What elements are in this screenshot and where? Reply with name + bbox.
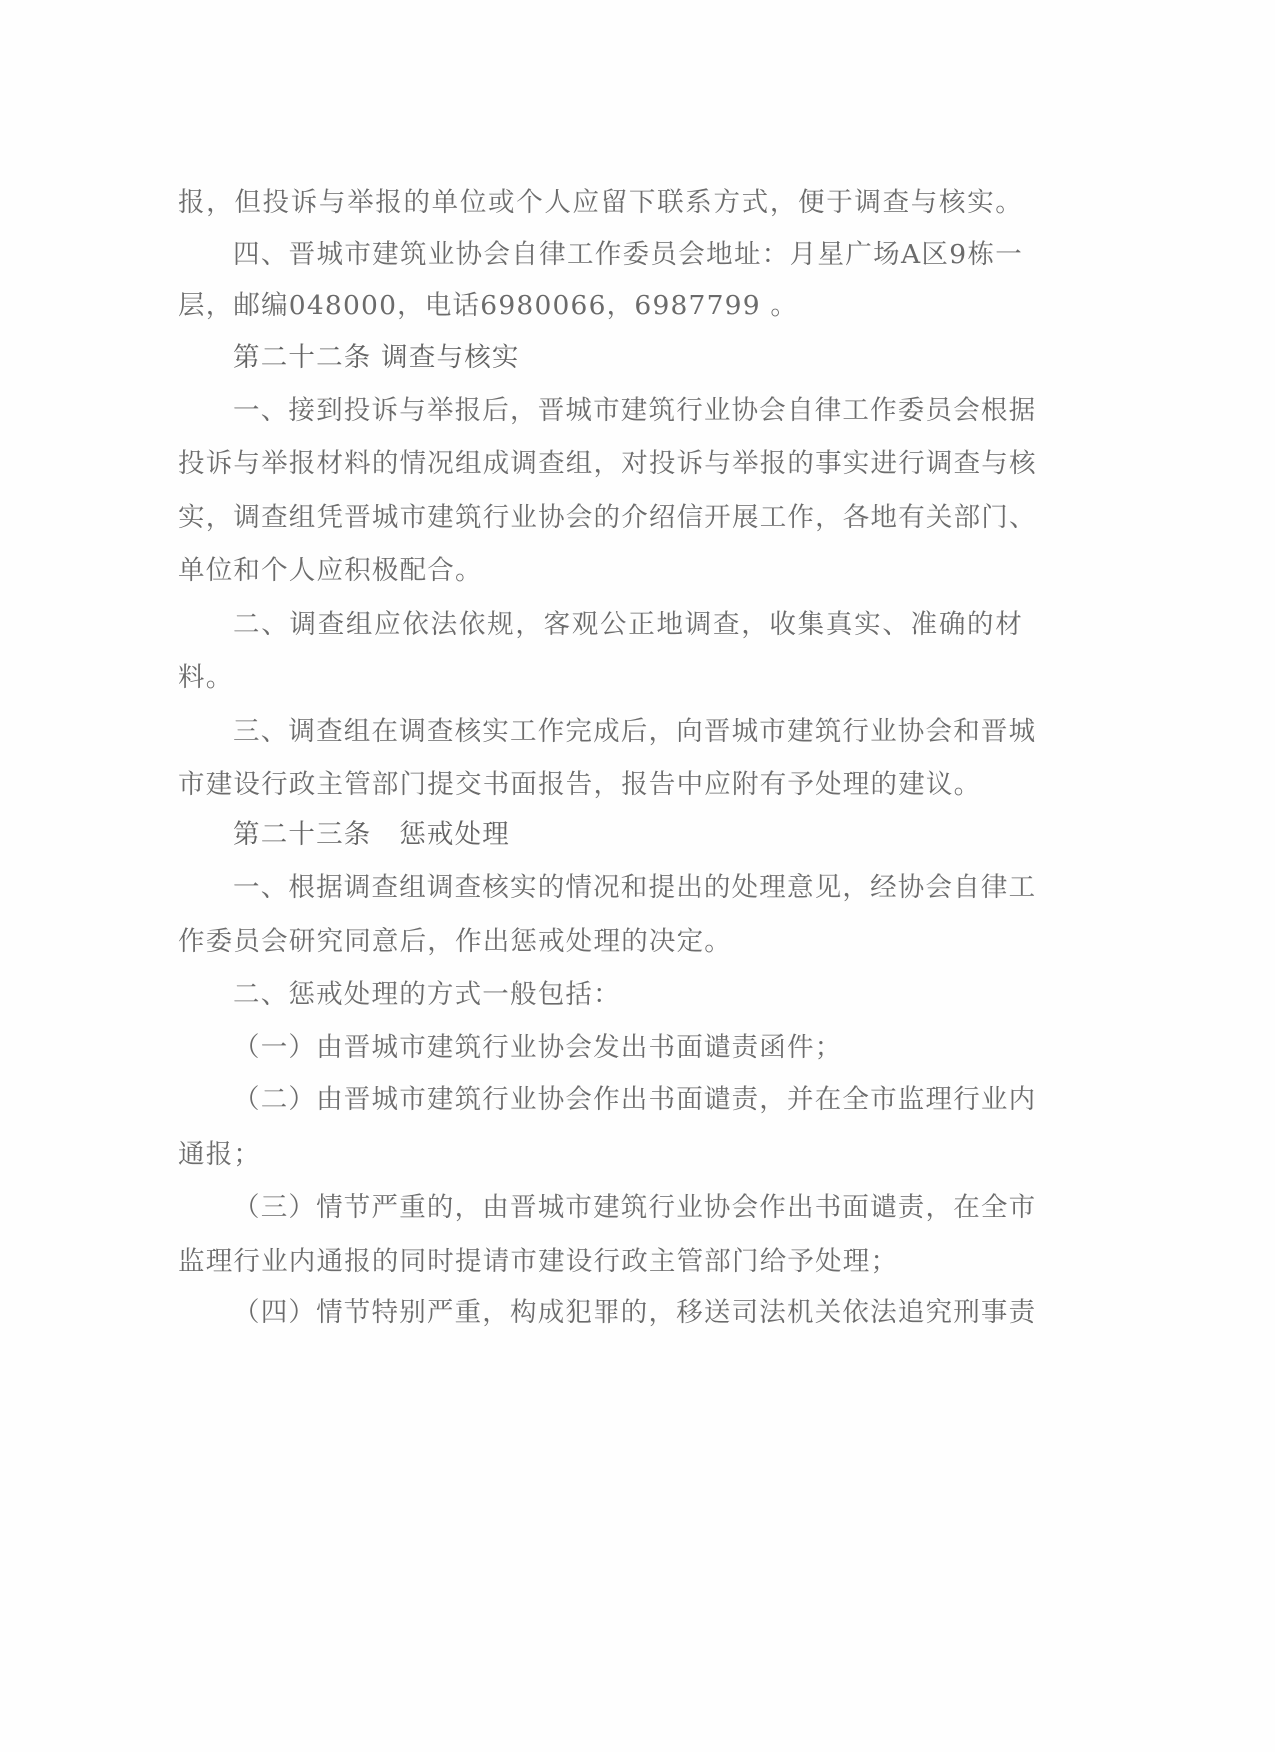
paragraph-line-continuation-report: 报，但投诉与举报的单位或个人应留下联系方式，便于调查与核实。 <box>178 183 1023 223</box>
paragraph-line-22-3-a: 三、调查组在调查核实工作完成后，向晋城市建筑行业协会和晋城 <box>233 712 1023 752</box>
paragraph-line-23-2: 二、惩戒处理的方式一般包括： <box>233 975 621 1015</box>
paragraph-line-22-3-b: 市建设行政主管部门提交书面报告，报告中应附有予处理的建议。 <box>178 765 981 805</box>
paragraph-line-22-1-b: 投诉与举报材料的情况组成调查组，对投诉与举报的事实进行调查与核 <box>178 444 1023 484</box>
list-item-penalty-1: （一）由晋城市建筑行业协会发出书面谴责函件； <box>233 1028 842 1068</box>
paragraph-line-address-intro: 四、晋城市建筑业协会自律工作委员会地址：月星广场A区9栋一 <box>233 235 1023 275</box>
paragraph-line-22-2-b: 料。 <box>178 658 233 698</box>
list-item-penalty-4-a: （四）情节特别严重，构成犯罪的，移送司法机关依法追究刑事责 <box>233 1293 1023 1333</box>
list-item-penalty-2-a: （二）由晋城市建筑行业协会作出书面谴责，并在全市监理行业内 <box>233 1080 1023 1120</box>
paragraph-line-22-1-c: 实，调查组凭晋城市建筑行业协会的介绍信开展工作，各地有关部门、 <box>178 498 1023 538</box>
list-item-penalty-3-a: （三）情节严重的，由晋城市建筑行业协会作出书面谴责，在全市 <box>233 1188 1023 1228</box>
paragraph-line-22-1-d: 单位和个人应积极配合。 <box>178 551 483 591</box>
list-item-penalty-2-b: 通报； <box>178 1135 261 1175</box>
article-heading-23: 第二十三条 惩戒处理 <box>233 815 510 855</box>
paragraph-line-postcode-phone: 层，邮编048000，电话6980066，6987799 。 <box>178 286 798 326</box>
list-item-penalty-3-b: 监理行业内通报的同时提请市建设行政主管部门给予处理； <box>178 1242 898 1282</box>
paragraph-line-23-1-a: 一、根据调查组调查核实的情况和提出的处理意见，经协会自律工 <box>233 868 1023 908</box>
paragraph-line-22-1-a: 一、接到投诉与举报后，晋城市建筑行业协会自律工作委员会根据 <box>233 391 1023 431</box>
article-heading-22: 第二十二条 调查与核实 <box>233 338 520 378</box>
scanned-document-page: 报，但投诉与举报的单位或个人应留下联系方式，便于调查与核实。 四、晋城市建筑业协… <box>0 0 1275 1752</box>
paragraph-line-23-1-b: 作委员会研究同意后，作出惩戒处理的决定。 <box>178 922 732 962</box>
paragraph-line-22-2-a: 二、调查组应依法依规，客观公正地调查，收集真实、准确的材 <box>233 605 1023 645</box>
